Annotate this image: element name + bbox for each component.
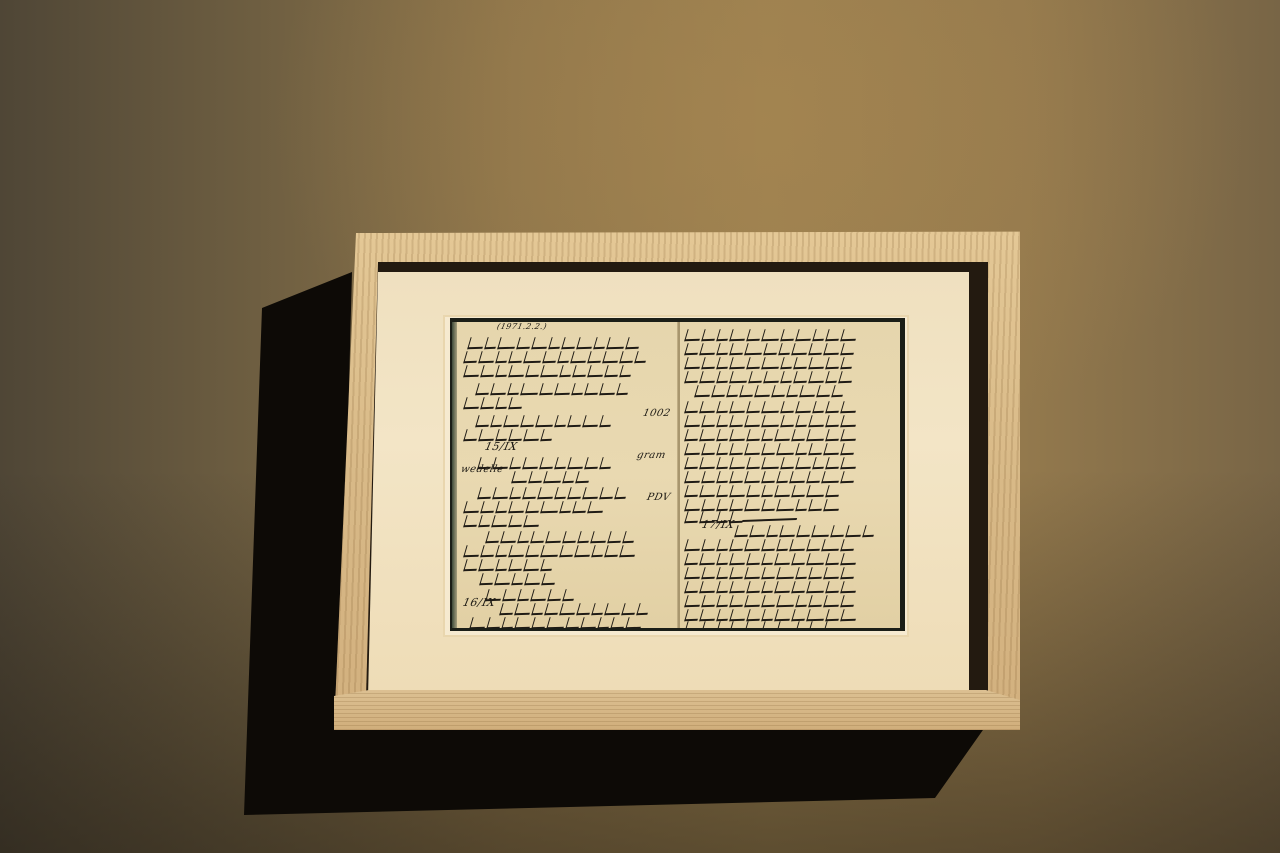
note-top-annotation: (1971.2.2.) <box>496 322 548 331</box>
note-word-wedelle: wedelle <box>460 464 505 475</box>
entry-date-16: 16/IX <box>462 596 497 609</box>
handwriting-line <box>471 614 679 628</box>
handwriting-line <box>686 618 900 628</box>
notebook-right-page: 17/IX <box>680 322 900 628</box>
note-word-pdv: PDV <box>646 492 672 503</box>
note-number-1002: 1002 <box>642 408 672 419</box>
notebook-left-page: (1971.2.2.) 1002 15/IX gram wedelle PDV <box>457 322 679 628</box>
handwriting-line <box>465 362 679 381</box>
entry-date-17: 17/IX <box>701 518 736 531</box>
entry-date-15: 15/IX <box>484 440 519 453</box>
note-word-gram: gram <box>636 450 667 461</box>
frame-bottom-rail <box>334 690 1020 730</box>
